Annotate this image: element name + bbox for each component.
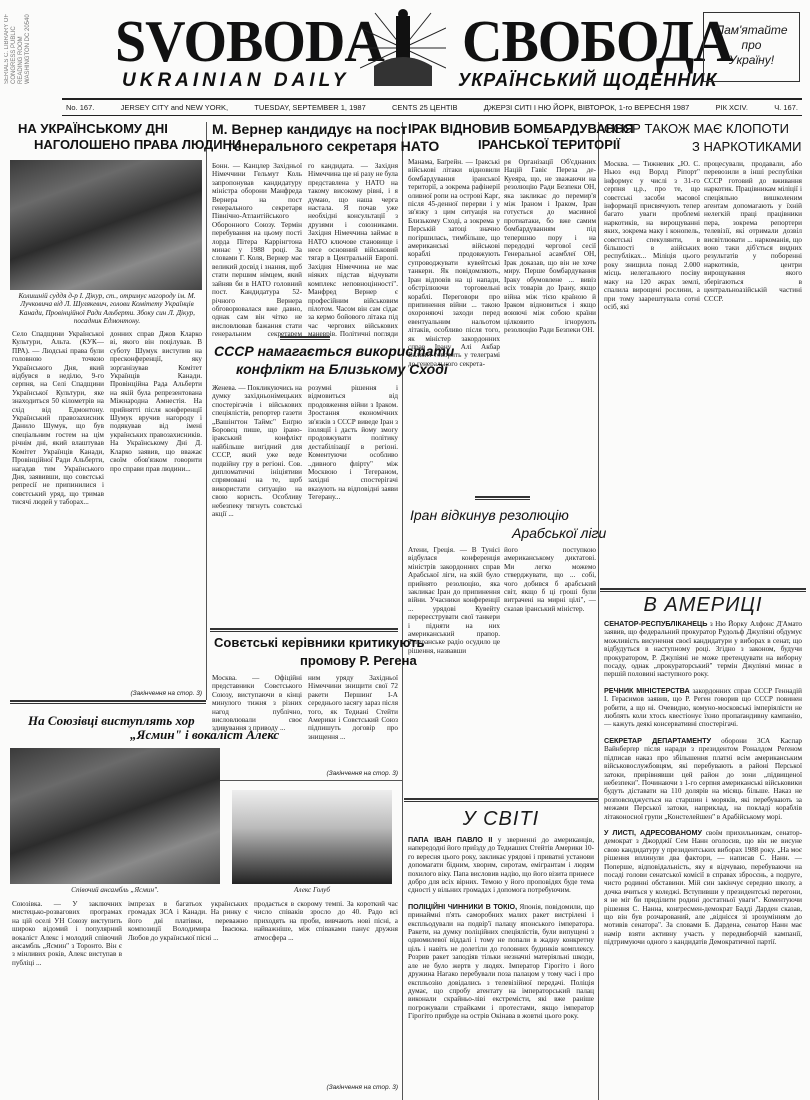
choir-photo-caption: Співочий ансамбль „Ясмин". (10, 886, 220, 894)
trident-emblem-icon (360, 8, 446, 90)
brief-text: з Ню Йорку Алфонс Д'Амато заявив, що фед… (604, 620, 802, 678)
masthead-title-cyrillic: СВОБОДА (462, 13, 733, 72)
america-section-title: В АМЕРИЦІ (600, 594, 806, 617)
section-divider (404, 798, 598, 802)
werner-col-1: Бонн. — Канцлер Західньої Німеччини Гель… (212, 162, 302, 338)
award-ceremony-photo (10, 160, 202, 290)
column-rule (402, 122, 403, 1100)
choir-col-3: продається в скорому темпі. За короткий … (254, 900, 398, 1080)
world-brief-item: ПОЛІЦІЙНІ ЧИННИКИ В ТОКІО, Японія, повід… (408, 903, 594, 1021)
ussr-drugs-headline-2: З НАРКОТИКАМИ (692, 140, 801, 154)
human-rights-col-1: Село Спадщини Українськоі Культури, Альт… (12, 330, 104, 700)
masthead-subtitle-latin: UKRAINIAN DAILY (122, 70, 349, 92)
choir-ensemble-photo (10, 748, 220, 884)
choir-col-2: імпрезах в багатьох українських громадах… (128, 900, 248, 1090)
human-rights-headline-1: НА УКРАЇНСЬКОМУ ДНІ (18, 122, 168, 136)
remember-ukraine-box: Пам'ятайте про Україну! (703, 12, 800, 82)
continued-note[interactable]: (Закінчення на стор. 3) (290, 1084, 398, 1091)
section-divider (600, 588, 806, 592)
iraq-col-1: Манама, Баґрейн. — Іракські військові лі… (408, 158, 500, 494)
brief-text: своїм прихильникам, сенатор-демократ з Д… (604, 829, 802, 946)
dateline-bar: No. 167. JERSEY CITY and NEW YORK, TUESD… (62, 98, 802, 116)
city-date-ua: ДЖЕРЗІ СИТІ І НЮ ЙОРК, ВІВТОРОК, 1-го ВЕ… (484, 103, 690, 112)
continued-note[interactable]: (Закінчення на стор. 3) (300, 770, 398, 777)
article-divider (10, 700, 206, 704)
article-divider (475, 496, 530, 500)
human-rights-col-2: донних справ Джов Кларко ві, якого він п… (110, 330, 202, 690)
iran-rejects-headline-2: Арабської ліги (512, 526, 606, 541)
ussr-mideast-col-2: розумні рішення і відмовиться від продов… (308, 384, 398, 624)
brief-text: оборони ЗСА Каспар Вайнберґер після нара… (604, 737, 802, 821)
volume-year: РІК XCIV. (716, 103, 748, 112)
choir-col-1: Союзівка. — У заключних мистецько-розваг… (12, 900, 122, 1090)
soviet-leaders-headline-2: промову Р. Регена (300, 654, 417, 668)
remember-line-2: про (704, 38, 799, 53)
column-rule (206, 122, 207, 700)
world-brief-item: ПАПА ІВАН ПАВЛО ІІ у зверненні до америк… (408, 836, 594, 895)
column-rule (598, 122, 599, 1100)
ussr-mideast-col-1: Женева. — Покликуючись на думку західньо… (212, 384, 302, 624)
brief-lead: ПАПА ІВАН ПАВЛО ІІ (408, 835, 492, 844)
brief-lead: ПОЛІЦІЙНІ ЧИННИКИ В ТОКІО, (408, 902, 517, 911)
choir-headline-2: „Ясмин" і вокаліст Алекс (130, 728, 279, 742)
brief-text: Японія, повідомили, що принаймні п'ять с… (408, 903, 594, 1020)
america-brief-item: РЕЧНИК МІНІСТЕРСТВА закордонних справ СС… (604, 687, 802, 729)
soviet-leaders-col-1: Москва. — Офіційні представники Совєтськ… (212, 674, 302, 768)
brief-lead: У ЛИСТІ, АДРЕСОВАНОМУ (604, 828, 702, 837)
soviet-leaders-col-2: ним уряду Західньої Німеччини знищити св… (308, 674, 398, 768)
america-brief-item: СЕКРЕТАР ДЕПАРТАМЕНТУ оборони ЗСА Каспар… (604, 737, 802, 821)
award-photo-caption: Колишній суддя д-р І. Дікур, ст., отриму… (12, 292, 202, 326)
werner-headline-2: генерального секретаря НАТО (228, 139, 439, 154)
brief-lead: РЕЧНИК МІНІСТЕРСТВА (604, 686, 690, 695)
world-briefs: ПАПА ІВАН ПАВЛО ІІ у зверненні до америк… (408, 836, 594, 1029)
ussr-drugs-headline-1: СССР ТАКОЖ МАЄ КЛОПОТИ (604, 122, 789, 136)
remember-line-1: Пам'ятайте (704, 23, 799, 38)
brief-text: у зверненні до американців, напередодні … (408, 836, 594, 894)
alex-photo-caption: Алекс Голуб (232, 886, 392, 894)
city-en: JERSEY CITY and NEW YORK, (121, 103, 229, 112)
issue-number: No. 167. (66, 103, 94, 112)
soviet-leaders-headline-1: Совєтські керівники критикують (214, 636, 425, 650)
masthead-title-latin: SVOBODA (115, 13, 384, 72)
masthead-subtitle-cyrillic: УКРАЇНСЬКИЙ ЩОДЕННИК (458, 70, 717, 91)
iraq-col-2: ря Організації Об'єднаних Націй Гавіє Пе… (504, 158, 596, 494)
america-brief-item: СЕНАТОР-РЕСПУБЛІКАНЕЦЬ з Ню Йорку Алфонс… (604, 620, 802, 679)
price: CENTS 25 ЦЕНТІВ (392, 103, 458, 112)
article-divider (210, 628, 398, 632)
iran-rejects-headline-1: Іран відкинув резолюцію (410, 508, 569, 523)
iraq-headline-2: ІРАНСЬКОЇ ТЕРИТОРІЇ (478, 138, 620, 152)
werner-col-2: го кандидата. — Західня Німеччина ще ні … (308, 162, 398, 338)
america-brief-item: У ЛИСТІ, АДРЕСОВАНОМУ своїм прихильникам… (604, 829, 802, 947)
date-en: TUESDAY, SEPTEMBER 1, 1987 (254, 103, 365, 112)
article-divider (280, 336, 330, 340)
ussr-drugs-col-2: процесували, продавали, або перевозили в… (704, 160, 802, 584)
human-rights-headline-2: НАГОЛОШЕНО ПРАВА ЛЮДИНИ (34, 138, 241, 152)
world-section-title: У СВІТІ (404, 808, 598, 831)
remember-line-3: Україну! (704, 53, 799, 68)
werner-headline-1: М. Вернер кандидує на пост (212, 122, 407, 137)
issue-number-ua: Ч. 167. (774, 103, 798, 112)
ussr-drugs-col-1: Москва. — Тижневик „Ю. С. Ньюз енд Ворлд… (604, 160, 700, 584)
library-stamp: SERIALS C. LIBRARY OF CONGRESS PUBLIC RE… (4, 4, 38, 84)
iraq-headline-1: ІРАК ВІДНОВИВ БОМБАРДУВАННЯ (408, 122, 634, 136)
iran-rejects-col-1: Атени, Греція. — В Тунісі відбулася конф… (408, 546, 500, 792)
brief-lead: СЕНАТОР-РЕСПУБЛІКАНЕЦЬ (604, 620, 707, 628)
iran-rejects-col-2: його поступкою американському диктатові.… (504, 546, 596, 782)
alex-holub-photo (232, 790, 392, 884)
america-briefs: СЕНАТОР-РЕСПУБЛІКАНЕЦЬ з Ню Йорку Алфонс… (604, 620, 802, 1100)
brief-lead: СЕКРЕТАР ДЕПАРТАМЕНТУ (604, 736, 711, 745)
continued-note[interactable]: (Закінчення на стор. 3) (110, 690, 202, 697)
section-rule (206, 780, 402, 781)
